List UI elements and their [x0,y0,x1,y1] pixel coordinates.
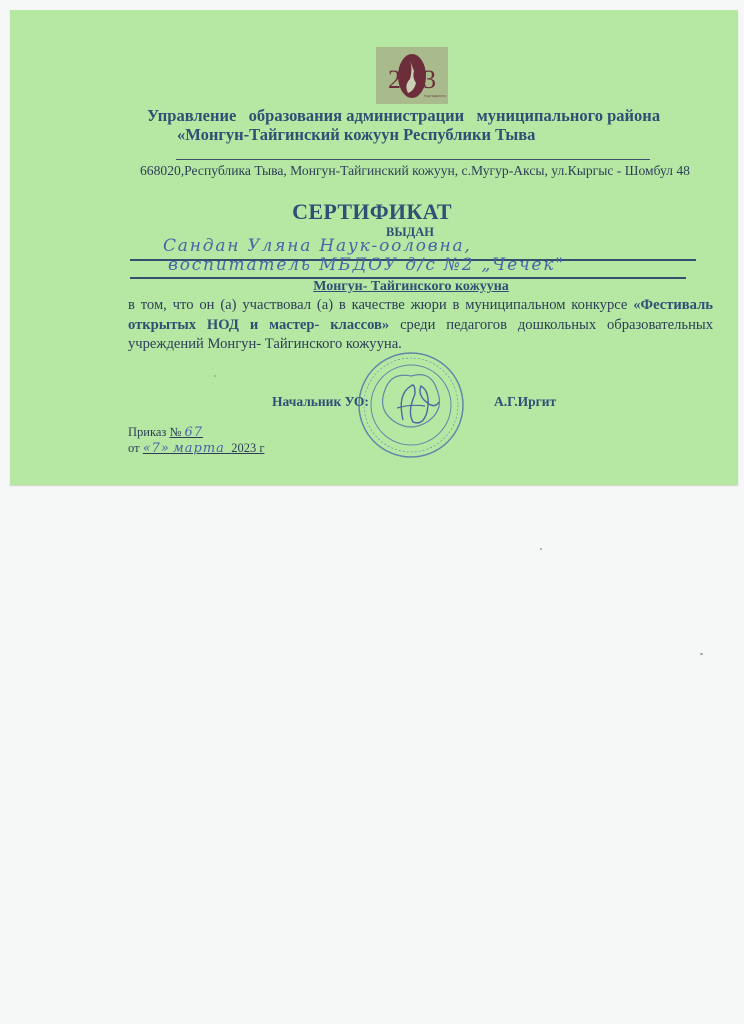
order-number: Приказ № 67 [128,425,203,440]
order-label: Приказ [128,425,169,439]
order-month: марта [173,441,225,456]
signatory-name: А.Г.Иргит [494,394,556,410]
address-divider [176,159,650,160]
order-year: 2023 г [231,441,264,455]
scan-speck [214,375,216,377]
svg-text:ГОД ПЕДАГОГА: ГОД ПЕДАГОГА [424,94,446,98]
header-line-1: Управление образования администрации мун… [147,106,660,126]
order-date-value: «7» марта 2023 г [143,441,265,455]
order-number-handwritten: 67 [185,425,204,440]
order-date: от «7» марта 2023 г [128,441,264,456]
scan-speck [540,548,542,550]
year-2023-emblem-icon: 2 3 ГОД ПЕДАГОГА [376,47,448,104]
certificate-body: в том, что он (а) участвовал (а) в качес… [128,296,713,355]
svg-text:3: 3 [423,65,436,94]
order-number-value: № 67 [169,425,203,439]
body-intro: в том, что он (а) участвовал (а) в качес… [128,297,633,313]
recipient-name: Сандан Уляна Наук-ооловна, [163,236,472,256]
certificate-title: СЕРТИФИКАТ [0,199,744,225]
order-day: «7» [143,441,170,456]
address: 668020,Республика Тыва, Монгун-Тайгински… [140,163,690,179]
date-prefix: от [128,441,143,455]
number-sign: № [169,425,181,439]
district-name: Монгун- Тайгинского кожууна [0,279,744,295]
recipient-position: воспитатель МБДОУ д/с №2 „Чечек" [168,255,565,275]
header-line-2: «Монгун-Тайгинский кожуун Республики Тыв… [177,125,535,145]
scan-speck [700,653,703,655]
signatory-title: Начальник УО: [272,394,369,410]
svg-text:2: 2 [388,65,401,94]
